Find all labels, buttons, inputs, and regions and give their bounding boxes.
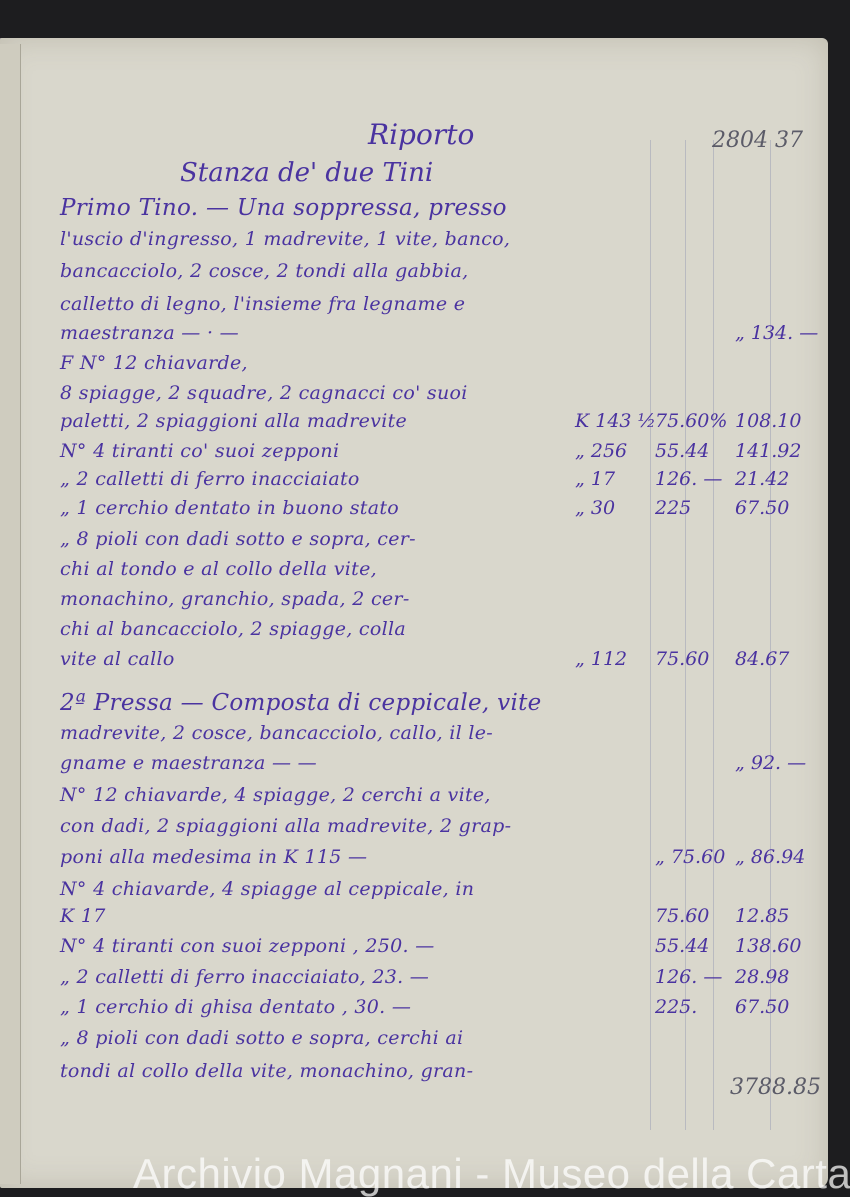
ledger-amount: 12.85 — [735, 905, 789, 927]
ledger-amount: „ 134. — — [735, 322, 818, 344]
ledger-amount: 21.42 — [735, 468, 789, 490]
ledger-line-text: „ 2 calletti di ferro inacciaiato, 23. — — [60, 966, 429, 988]
ledger-rate: 75.60 — [655, 905, 709, 927]
ledger-quantity: K 143 ½ — [575, 410, 656, 432]
ledger-quantity: „ 30 — [575, 497, 615, 519]
ledger-quantity: „ 17 — [575, 468, 615, 490]
previous-page-edge — [0, 44, 21, 1184]
ledger-line-text: poni alla medesima in K 115 — — [60, 846, 367, 868]
riporto-total: 2804 37 — [712, 128, 803, 153]
ledger-line-text: paletti, 2 spiaggioni alla madrevite — [60, 410, 407, 432]
ledger-line-text: N° 4 chiavarde, 4 spiagge al ceppicale, … — [60, 878, 474, 900]
ledger-line-text: K 17 — [60, 905, 106, 927]
riporto-heading: Riporto — [368, 118, 474, 151]
ledger-line-text: „ 8 pioli con dadi sotto e sopra, cer- — [60, 528, 416, 550]
ledger-amount: „ 92. — — [735, 752, 806, 774]
ledger-rate: „ 75.60 — [655, 846, 725, 868]
ledger-line-text: „ 8 pioli con dadi sotto e sopra, cerchi… — [60, 1027, 463, 1049]
ledger-rate: 75.60% — [655, 410, 727, 432]
ledger-line-text: bancacciolo, 2 cosce, 2 tondi alla gabbi… — [60, 260, 468, 282]
ledger-rate: 55.44 — [655, 935, 709, 957]
ledger-line-text: „ 1 cerchio di ghisa dentato , 30. — — [60, 996, 411, 1018]
ledger-rate: 55.44 — [655, 440, 709, 462]
ledger-amount: 108.10 — [735, 410, 801, 432]
ledger-rate: 126. — — [655, 468, 722, 490]
ledger-line-text: l'uscio d'ingresso, 1 madrevite, 1 vite,… — [60, 228, 510, 250]
ledger-line-text: „ 1 cerchio dentato in buono stato — [60, 497, 399, 519]
ledger-line-text: con dadi, 2 spiaggioni alla madrevite, 2… — [60, 815, 511, 837]
ledger-amount: „ 86.94 — [735, 846, 805, 868]
section-title: Stanza de' due Tini — [180, 158, 433, 188]
column-rule — [650, 140, 651, 1130]
ledger-line-text: madrevite, 2 cosce, bancacciolo, callo, … — [60, 722, 493, 744]
ledger-line-text: chi al tondo e al collo della vite, — [60, 558, 377, 580]
ledger-amount: 28.98 — [735, 966, 789, 988]
ledger-amount: 84.67 — [735, 648, 789, 670]
ledger-line-text: „ 2 calletti di ferro inacciaiato — [60, 468, 360, 490]
ledger-line-text: tondi al collo della vite, monachino, gr… — [60, 1060, 473, 1082]
ledger-amount: 141.92 — [735, 440, 801, 462]
ledger-line-text: 8 spiagge, 2 squadre, 2 cagnacci co' suo… — [60, 382, 468, 404]
ledger-rate: 126. — — [655, 966, 722, 988]
ledger-line-text: maestranza — · — — [60, 322, 239, 344]
ledger-line-text: N° 4 tiranti co' suoi zepponi — [60, 440, 339, 462]
ledger-line-text: 2ª Pressa — Composta di ceppicale, vite — [60, 690, 542, 716]
ledger-line-text: N° 4 tiranti con suoi zepponi , 250. — — [60, 935, 435, 957]
ledger-line-text: monachino, granchio, spada, 2 cer- — [60, 588, 410, 610]
ledger-line-text: N° 12 chiavarde, 4 spiagge, 2 cerchi a v… — [60, 784, 491, 806]
ledger-line-text: chi al bancacciolo, 2 spiagge, colla — [60, 618, 406, 640]
ledger-line-text: vite al callo — [60, 648, 175, 670]
ledger-line-text: calletto di legno, l'insieme fra legname… — [60, 293, 465, 315]
ledger-quantity: „ 256 — [575, 440, 627, 462]
ledger-rate: 225 — [655, 497, 691, 519]
archive-watermark: Archivio Magnani - Museo della Carta — [133, 1150, 850, 1197]
ledger-amount: 67.50 — [735, 996, 789, 1018]
ledger-amount: 67.50 — [735, 497, 789, 519]
ledger-amount: 138.60 — [735, 935, 801, 957]
ledger-line-text: F N° 12 chiavarde, — [60, 352, 248, 374]
ledger-line-text: Primo Tino. — Una soppressa, presso — [60, 195, 507, 221]
ledger-quantity: „ 112 — [575, 648, 627, 670]
ledger-rate: 225. — [655, 996, 697, 1018]
page-total: 3788.85 — [730, 1075, 821, 1100]
ledger-line-text: gname e maestranza — — — [60, 752, 317, 774]
ledger-rate: 75.60 — [655, 648, 709, 670]
